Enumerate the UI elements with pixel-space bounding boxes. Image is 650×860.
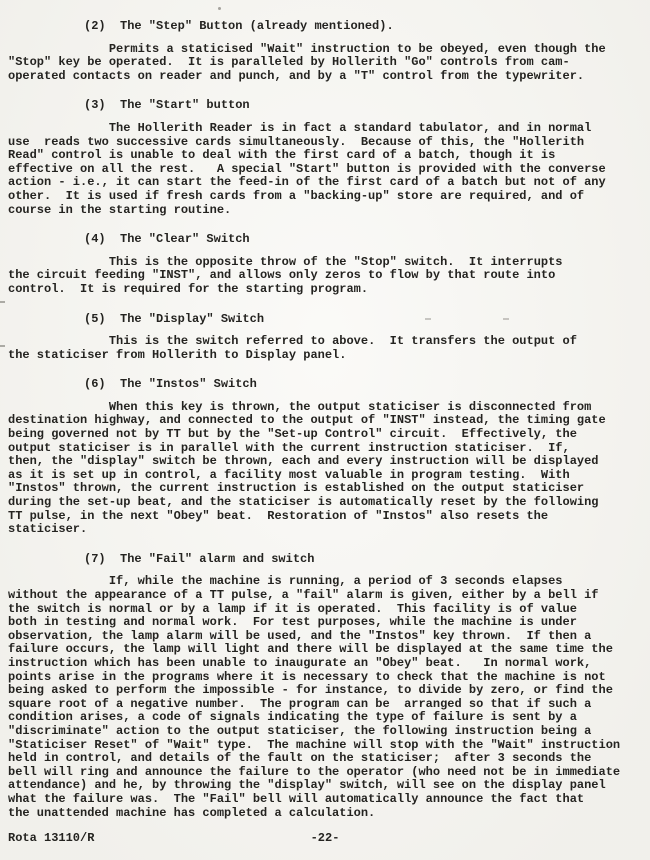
document-page: (2) The "Step" Button (already mentioned… [0, 0, 650, 860]
scan-speck [0, 345, 5, 347]
page-footer: Rota 13110/R -22- [0, 832, 650, 846]
page-number: -22- [0, 832, 650, 846]
section-fail-alarm: (7) The "Fail" alarm and switch If, whil… [8, 553, 642, 820]
section-step-button: (2) The "Step" Button (already mentioned… [8, 20, 642, 83]
section-paragraph: When this key is thrown, the output stat… [8, 401, 642, 537]
section-instos-switch: (6) The "Instos" Switch When this key is… [8, 378, 642, 537]
section-heading: (6) The "Instos" Switch [8, 378, 642, 392]
section-display-switch: (5) The "Display" Switch This is the swi… [8, 313, 642, 363]
scan-speck [503, 318, 509, 320]
section-start-button: (3) The "Start" button The Hollerith Rea… [8, 99, 642, 217]
scan-speck [0, 301, 5, 303]
section-paragraph: This is the opposite throw of the "Stop"… [8, 256, 642, 297]
section-heading: (2) The "Step" Button (already mentioned… [8, 20, 642, 34]
scan-speck [425, 318, 431, 320]
section-paragraph: If, while the machine is running, a peri… [8, 575, 642, 820]
section-heading: (4) The "Clear" Switch [8, 233, 642, 247]
section-clear-switch: (4) The "Clear" Switch This is the oppos… [8, 233, 642, 296]
section-heading: (5) The "Display" Switch [8, 313, 642, 327]
section-heading: (7) The "Fail" alarm and switch [8, 553, 642, 567]
section-paragraph: This is the switch referred to above. It… [8, 335, 642, 362]
section-paragraph: The Hollerith Reader is in fact a standa… [8, 122, 642, 217]
section-heading: (3) The "Start" button [8, 99, 642, 113]
section-paragraph: Permits a staticised "Wait" instruction … [8, 43, 642, 84]
scan-speck [218, 7, 221, 10]
